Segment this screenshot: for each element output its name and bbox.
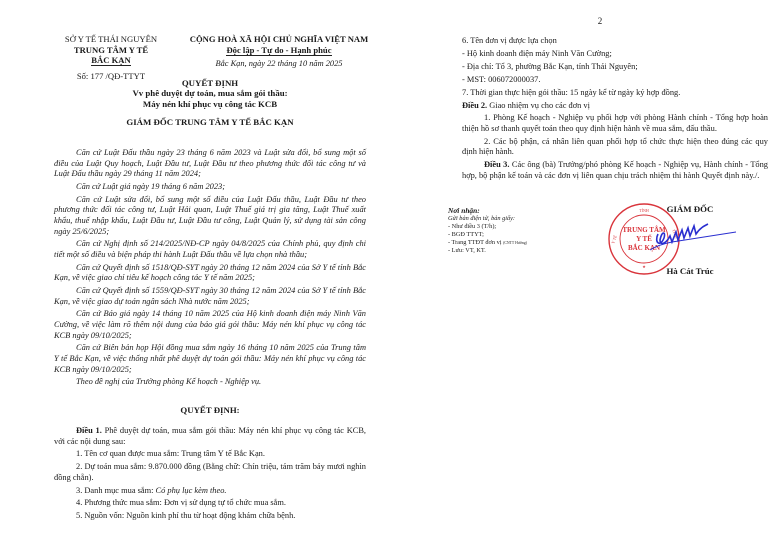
decision-heading-2: QUYẾT ĐỊNH: — [54, 405, 366, 415]
contractor-address: - Địa chỉ: Tổ 3, phường Bắc Kạn, tỉnh Th… — [462, 62, 768, 73]
article-1-item: 7. Thời gian thực hiện gói thầu: 15 ngày… — [462, 88, 768, 99]
article-1-item: 2. Dự toán mua sắm: 9.870.000 đồng (Bằng… — [54, 462, 366, 483]
article-1-item: 3. Danh mục mua sắm: Có phụ lục kèm theo… — [54, 486, 366, 497]
legal-basis-item: Căn cứ Luật giá ngày 19 tháng 6 năm 2023… — [54, 182, 366, 193]
legal-basis-item: Căn cứ Luật sửa đổi, bổ sung một số điều… — [54, 195, 366, 237]
svg-text:★: ★ — [642, 264, 646, 269]
article-1-item: 4. Phương thức mua sắm: Đơn vị sử dụng t… — [54, 498, 366, 509]
contractor-name: - Hộ kinh doanh điện máy Ninh Văn Cường; — [462, 49, 768, 60]
decision-subject-line2: Máy nén khí phục vụ công tác KCB — [54, 99, 366, 109]
recipients-heading: Nơi nhận: — [448, 206, 527, 215]
legal-basis-item: Theo đề nghị của Trưởng phòng Kế hoạch -… — [54, 377, 366, 388]
recipient-item: - Trang TTĐT đơn vị (CNTT Hường) — [448, 239, 527, 247]
contractor-tax-code: - MST: 006072000037. — [462, 75, 768, 86]
legal-basis-item: Căn cứ Báo giá ngày 14 tháng 10 năm 2025… — [54, 309, 366, 341]
signer-title: GIÁM ĐỐC — [650, 204, 730, 214]
issuing-authority: GIÁM ĐỐC TRUNG TÂM Y TẾ BẮC KẠN — [54, 117, 366, 127]
recipients-note: Gửi bản điện tử, bản giấy: — [448, 215, 527, 223]
recipient-item: - Lưu: VT, KT. — [448, 247, 527, 255]
motto: Độc lập - Tự do - Hạnh phúc — [168, 45, 390, 56]
legal-basis-item: Căn cứ Luật Đấu thầu ngày 23 tháng 6 năm… — [54, 148, 366, 180]
legal-basis-item: Căn cứ Biên bản họp Hội đồng mua sắm ngà… — [54, 343, 366, 375]
legal-bases: Căn cứ Luật Đấu thầu ngày 23 tháng 6 năm… — [54, 148, 366, 390]
article-1: Điều 1. Phê duyệt dự toán, mua sắm gói t… — [54, 426, 366, 524]
article-2-heading: Điều 2. Giao nhiệm vụ cho các đơn vị — [462, 101, 768, 112]
recipient-item: - BGĐ TTYT; — [448, 231, 527, 239]
article-2-item: 2. Các bộ phận, cá nhân liên quan phối h… — [462, 137, 768, 158]
signer-name: Hà Cát Trúc — [650, 266, 730, 276]
legal-basis-item: Căn cứ Quyết định số 1518/QĐ-SYT ngày 20… — [54, 263, 366, 284]
legal-basis-item: Căn cứ Nghị định số 214/2025/NĐ-CP ngày … — [54, 239, 366, 260]
decision-heading: QUYẾT ĐỊNH — [54, 78, 366, 88]
decision-subject-line1: Vv phê duyệt dự toán, mua sắm gói thầu: — [54, 88, 366, 98]
recipient-item: - Như điều 3 (T/h); — [448, 223, 527, 231]
page-number: 2 — [590, 16, 610, 26]
svg-text:Y TẾ: Y TẾ — [610, 234, 618, 244]
article-1-item: 5. Nguồn vốn: Nguồn kinh phí thu từ hoạt… — [54, 511, 366, 522]
decision-title-block: QUYẾT ĐỊNH Vv phê duyệt dự toán, mua sắm… — [54, 78, 366, 128]
article-1-item: 6. Tên đơn vị được lựa chọn — [462, 36, 768, 47]
place-date: Bắc Kạn, ngày 22 tháng 10 năm 2025 — [168, 59, 390, 70]
nation-title: CỘNG HOÀ XÃ HỘI CHỦ NGHĨA VIỆT NAM — [168, 34, 390, 45]
legal-basis-item: Căn cứ Quyết định số 1559/QĐ-SYT ngày 30… — [54, 286, 366, 307]
article-2-item: 1. Phòng Kế hoạch - Nghiệp vụ phối hợp v… — [462, 113, 768, 134]
nation-header: CỘNG HOÀ XÃ HỘI CHỦ NGHĨA VIỆT NAM Độc l… — [168, 34, 390, 70]
signature-icon — [648, 220, 738, 258]
org-name-line1: TRUNG TÂM Y TẾ — [56, 45, 166, 56]
svg-text:TỈNH: TỈNH — [639, 208, 649, 213]
article-1-item: 1. Tên cơ quan được mua sắm: Trung tâm Y… — [54, 449, 366, 460]
article-1-continued: 6. Tên đơn vị được lựa chọn - Hộ kinh do… — [462, 36, 768, 184]
org-header: SỞ Y TẾ THÁI NGUYÊN TRUNG TÂM Y TẾ BẮC K… — [56, 34, 166, 81]
article-3: Điều 3. Các ông (bà) Trưởng/phó phòng Kế… — [462, 160, 768, 181]
article-1-intro: Điều 1. Phê duyệt dự toán, mua sắm gói t… — [54, 426, 366, 447]
org-parent: SỞ Y TẾ THÁI NGUYÊN — [56, 34, 166, 45]
recipients-block: Nơi nhận: Gửi bản điện tử, bản giấy: - N… — [448, 206, 527, 255]
org-name-line2: BẮC KẠN — [56, 55, 166, 66]
